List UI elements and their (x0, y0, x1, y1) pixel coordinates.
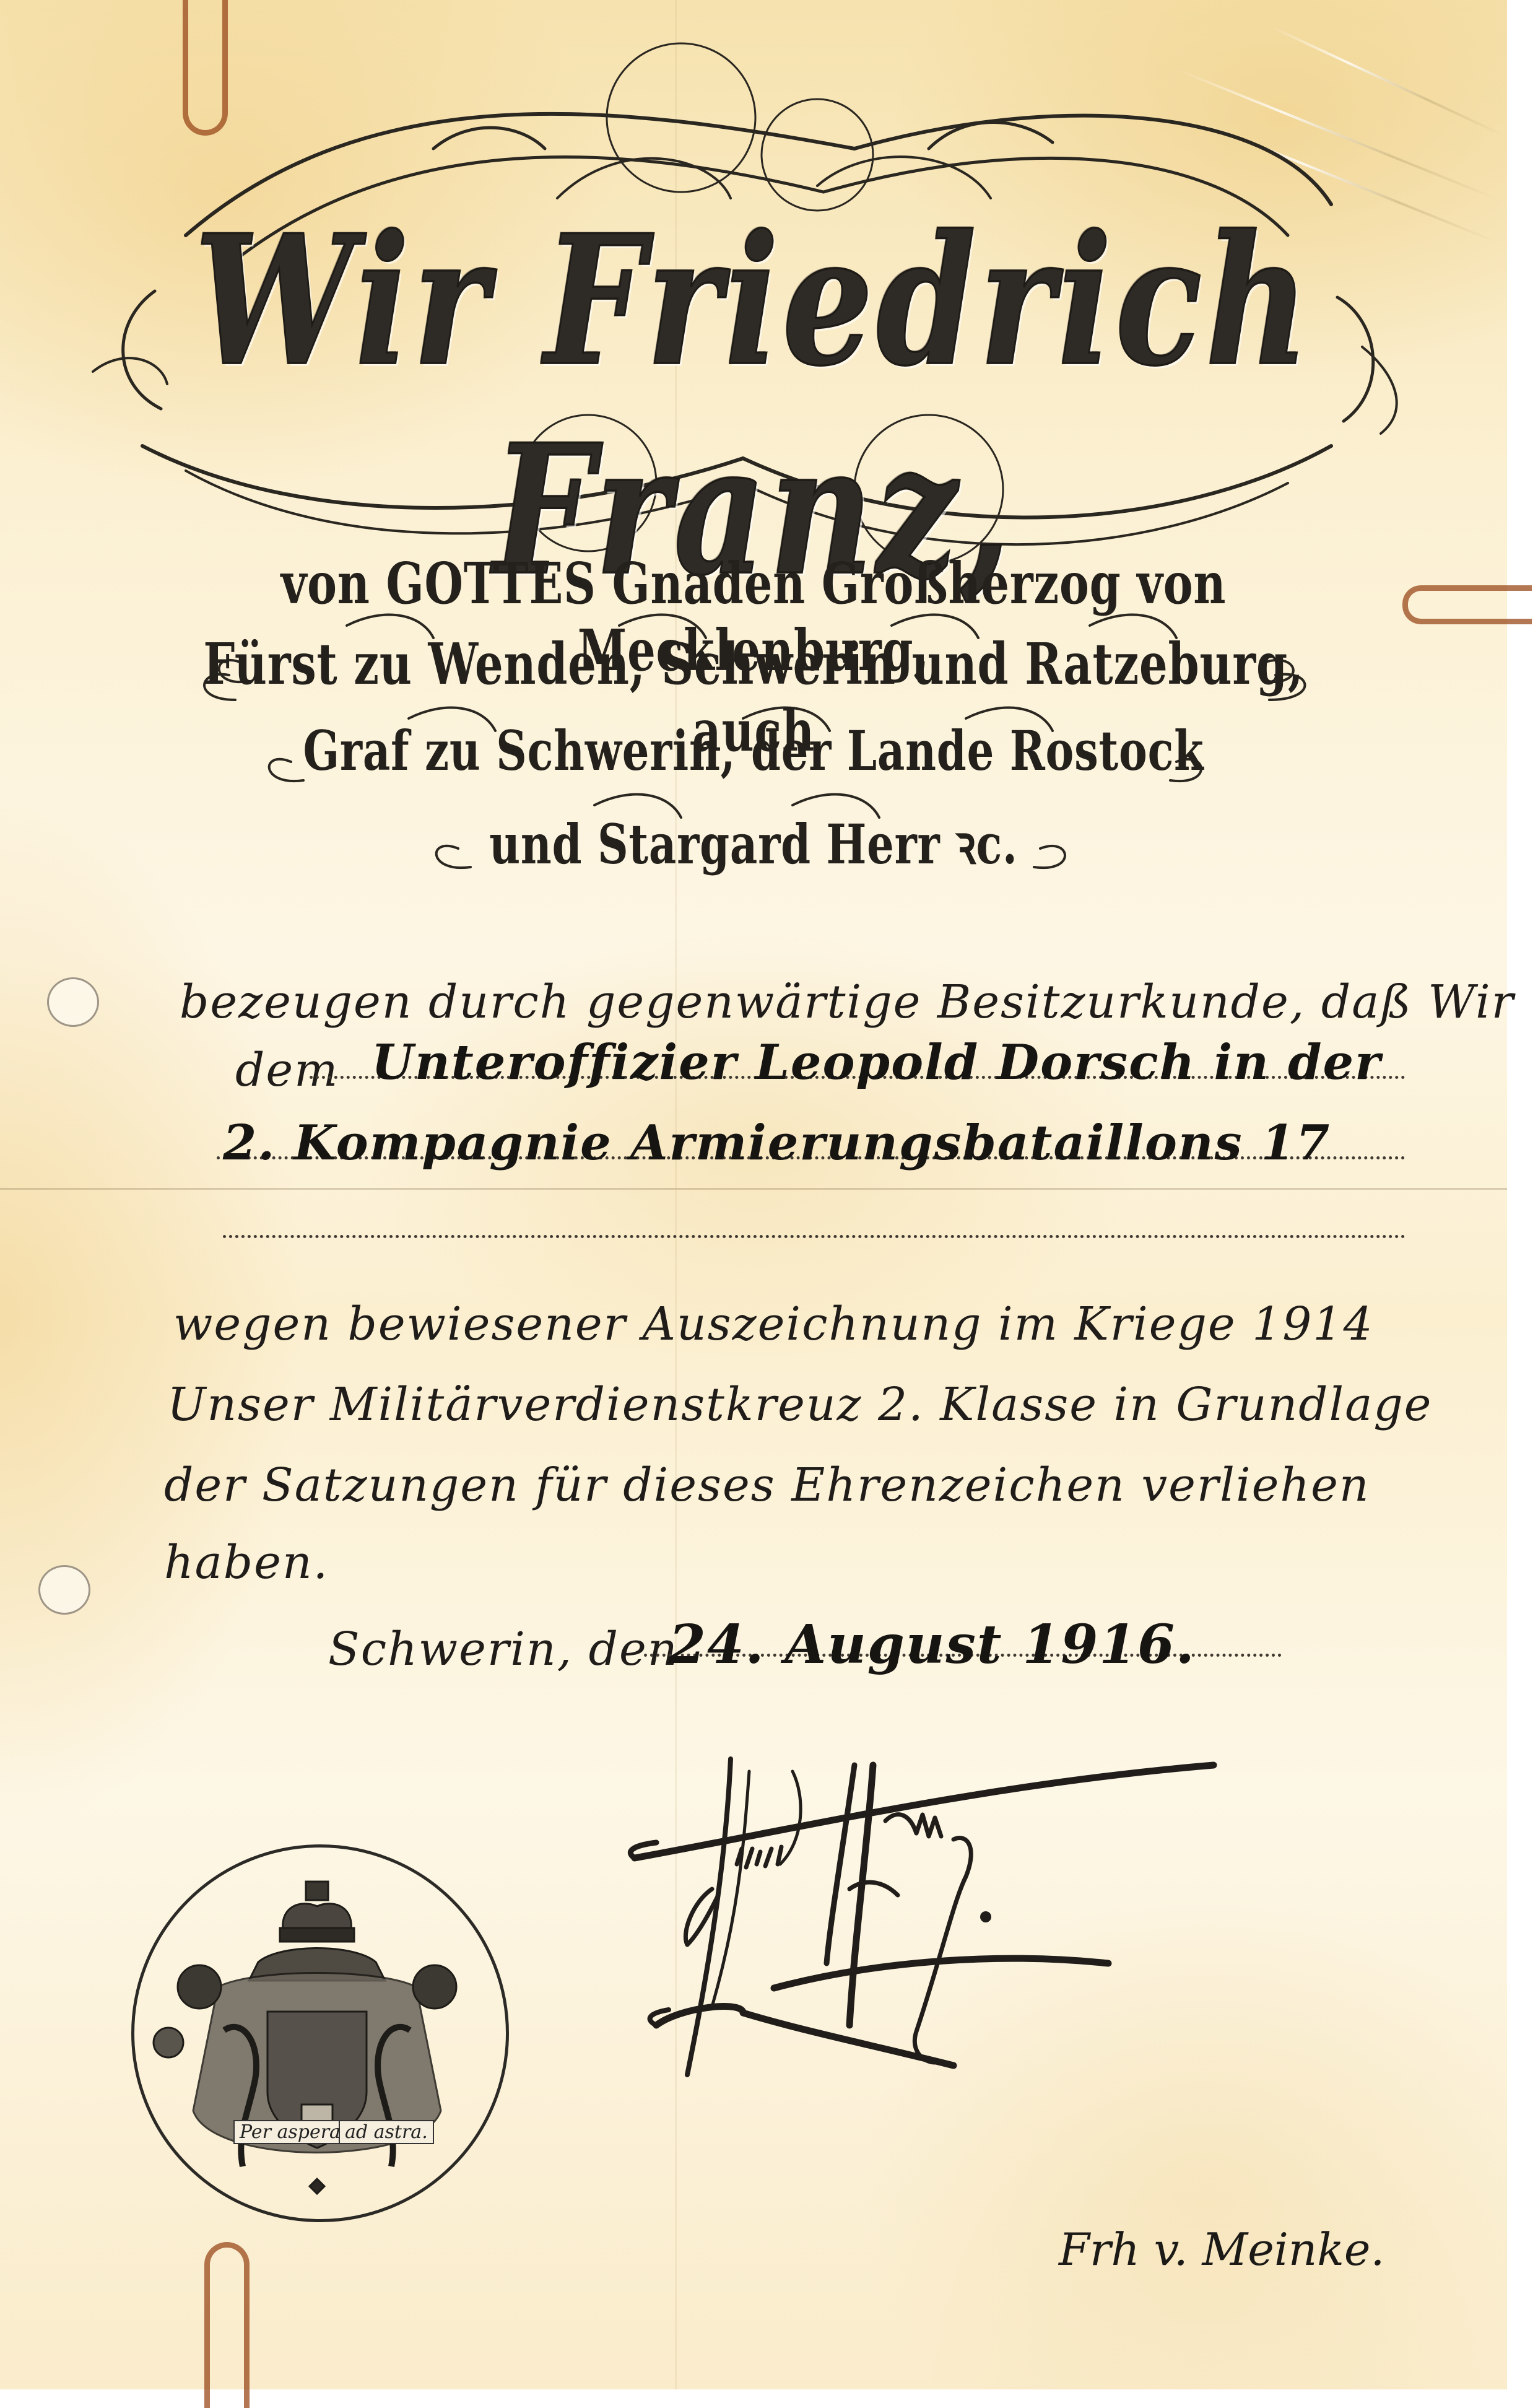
countersignature: Frh v. Meinke. (1059, 2223, 1384, 2275)
certificate-paper: Wir Friedrich Franz, von GOTTES Gnaden G… (0, 0, 1507, 2389)
main-signature (0, 0, 1507, 2389)
